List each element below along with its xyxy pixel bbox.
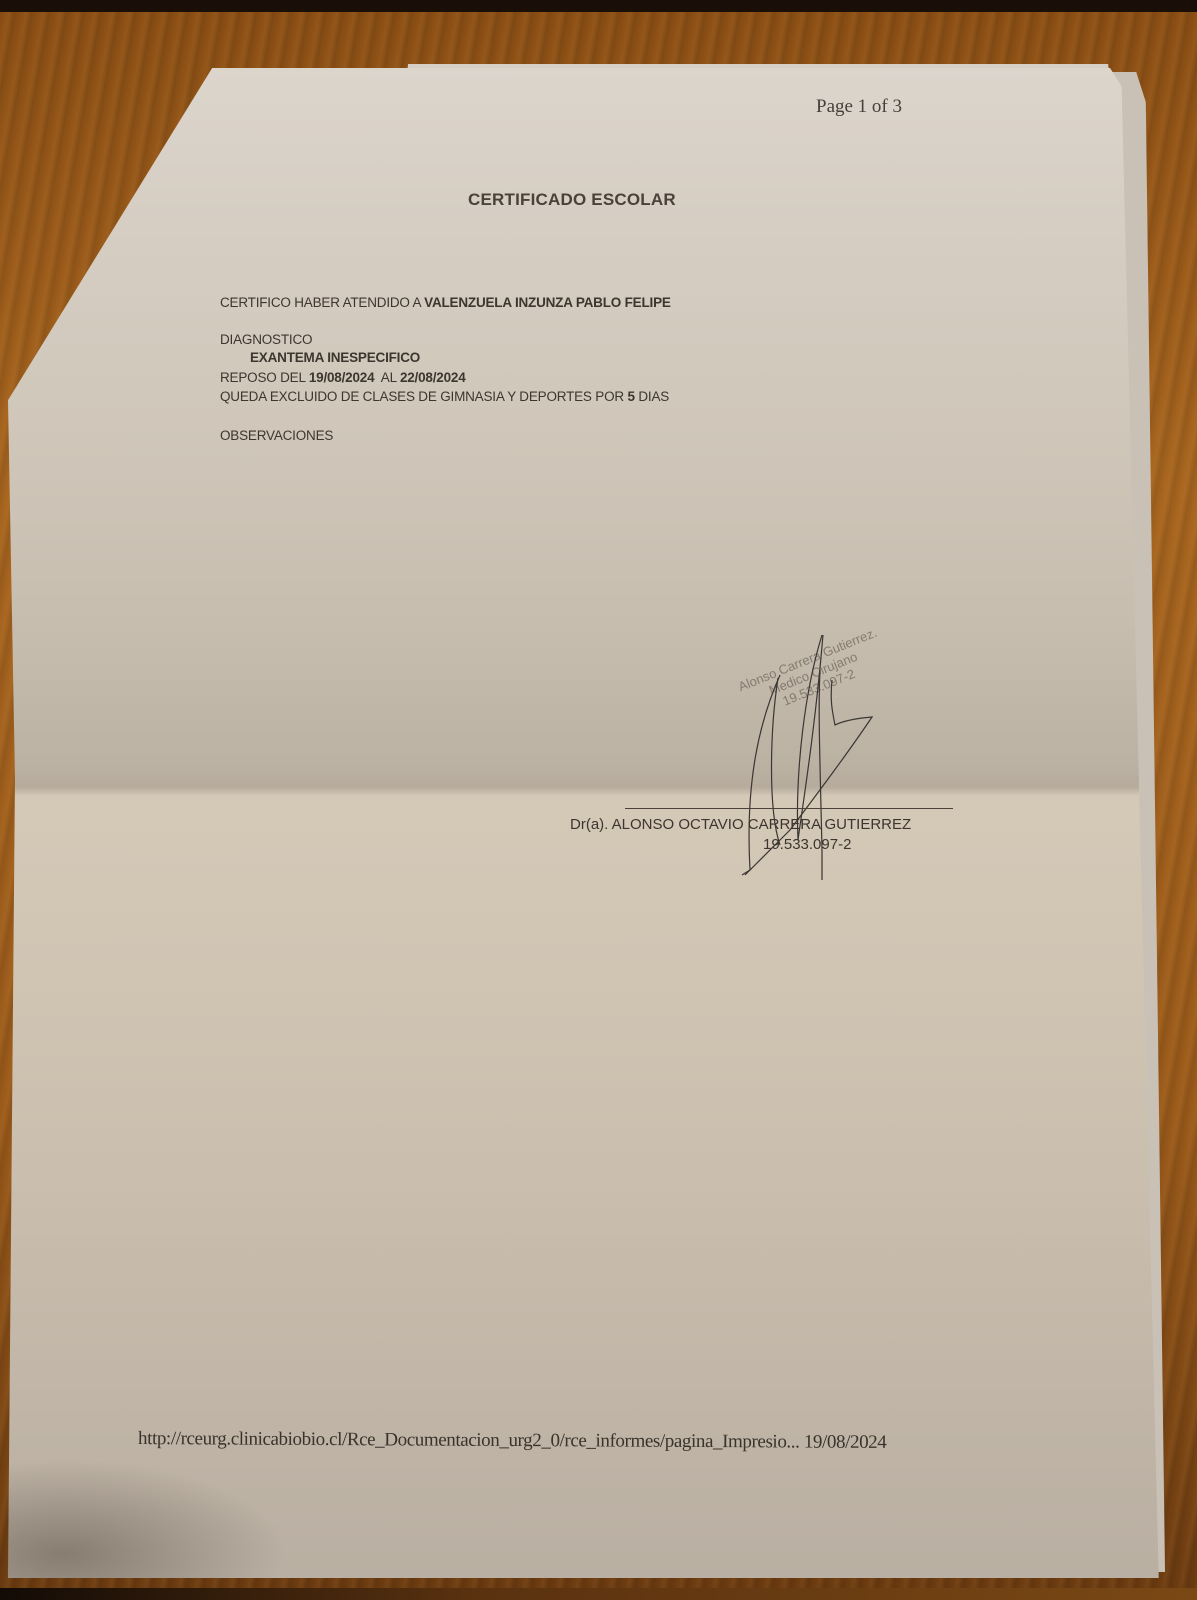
background-dark-edge-bottom xyxy=(0,1588,1197,1600)
observations-label: OBSERVACIONES xyxy=(220,428,333,443)
footer-url: http://rceurg.clinicabiobio.cl/Rce_Docum… xyxy=(138,1428,800,1452)
rest-to-date: 22/08/2024 xyxy=(400,370,466,385)
patient-name: VALENZUELA INZUNZA PABLO FELIPE xyxy=(424,295,671,310)
rest-middle: AL xyxy=(374,370,400,385)
document-title: CERTIFICADO ESCOLAR xyxy=(468,190,676,210)
exclusion-suffix: DIAS xyxy=(635,389,669,404)
exclusion-days: 5 xyxy=(627,389,634,404)
diagnosis-label: DIAGNOSTICO xyxy=(220,332,312,347)
print-footer: http://rceurg.clinicabiobio.cl/Rce_Docum… xyxy=(138,1428,887,1454)
certify-line: CERTIFICO HABER ATENDIDO A VALENZUELA IN… xyxy=(220,295,671,310)
page-indicator: Page 1 of 3 xyxy=(816,96,902,118)
rest-period-line: REPOSO DEL 19/08/2024 AL 22/08/2024 xyxy=(220,370,466,385)
doctor-id: 19.533.097-2 xyxy=(763,836,851,853)
footer-date: 19/08/2024 xyxy=(804,1432,887,1453)
doctor-name: Dr(a). ALONSO OCTAVIO CARRERA GUTIERREZ xyxy=(570,816,911,833)
exclusion-prefix: QUEDA EXCLUIDO DE CLASES DE GIMNASIA Y D… xyxy=(220,389,627,404)
rest-prefix: REPOSO DEL xyxy=(220,370,309,385)
background-dark-edge-top xyxy=(0,0,1197,12)
exclusion-line: QUEDA EXCLUIDO DE CLASES DE GIMNASIA Y D… xyxy=(220,389,669,404)
certify-prefix: CERTIFICO HABER ATENDIDO A xyxy=(220,295,424,310)
rest-from-date: 19/08/2024 xyxy=(309,370,375,385)
signature-line xyxy=(625,808,953,809)
diagnosis-value: EXANTEMA INESPECIFICO xyxy=(250,350,420,365)
